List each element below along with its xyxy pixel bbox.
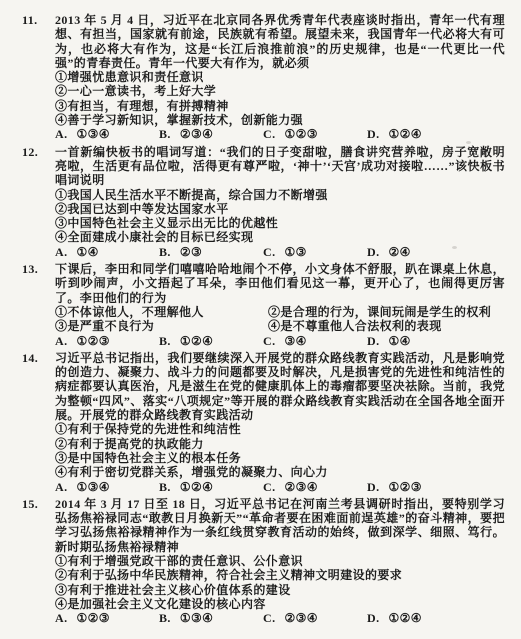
- choice-value: ①④: [76, 245, 98, 259]
- choice-d: D.①②④: [367, 127, 471, 141]
- question-stem: 一首新编快板书的唱词写道：“我们的日子变甜啦，膳食讲究营养啦，房子宽敞明亮啦，生…: [55, 145, 505, 188]
- choice-value: ②④: [388, 245, 410, 259]
- choice-label: D.: [367, 245, 379, 259]
- choice-label: B.: [159, 334, 171, 348]
- choice-value: ①②③: [388, 480, 421, 494]
- choice-label: C.: [263, 127, 275, 141]
- question-15: 15. 2014 年 3 月 17 日至 18 日，习近平总书记在河南兰考县调研…: [22, 497, 505, 626]
- question-13: 13. 下课后，李田和同学们嘻嘻哈哈地闹个不停，小文身体不舒服，趴在课桌上休息，…: [22, 262, 505, 348]
- option-item: ①有利于增强党政干部的责任意识、公仆意识: [55, 554, 505, 568]
- choice-value: ③④: [284, 334, 306, 348]
- option-list: ①不体谅他人，不理解他人 ②是合理的行为，课间玩闹是学生的权利 ③是严重不良行为…: [55, 305, 505, 334]
- choice-b: B.②③④: [159, 127, 263, 141]
- choice-label: C.: [263, 334, 275, 348]
- option-item: ④是不尊重他人合法权利的表现: [268, 319, 505, 333]
- option-list: ①增强忧患意识和责任意识 ②一心一意读书，考上好大学 ③有担当，有理想，有拼搏精…: [55, 70, 505, 127]
- question-12: 12. 一首新编快板书的唱词写道：“我们的日子变甜啦，膳食讲究营养啦，房子宽敞明…: [22, 145, 505, 259]
- choice-label: C.: [263, 245, 275, 259]
- option-item: ②是合理的行为，课间玩闹是学生的权利: [268, 305, 505, 319]
- option-item: ③中国特色社会主义显示出无比的优越性: [55, 216, 505, 230]
- choice-label: D.: [367, 334, 379, 348]
- question-number: 12.: [22, 145, 55, 259]
- choice-a: A.①④: [55, 245, 159, 259]
- scan-artifact: [466, 141, 471, 144]
- option-item: ③是严重不良行为: [55, 319, 268, 333]
- question-number: 15.: [22, 497, 55, 626]
- question-number: 11.: [22, 13, 55, 142]
- choice-label: B.: [159, 611, 171, 625]
- choice-label: B.: [159, 245, 171, 259]
- choice-d: D.①②③: [367, 480, 471, 494]
- choice-value: ①②③: [76, 611, 109, 625]
- question-stem: 习近平总书记指出，我们要继续深入开展党的群众路线教育实践活动，凡是影响党的创造力…: [55, 351, 505, 422]
- choice-value: ①②④: [180, 334, 213, 348]
- question-14: 14. 习近平总书记指出，我们要继续深入开展党的群众路线教育实践活动，凡是影响党…: [22, 351, 505, 494]
- option-item: ①有利于保持党的先进性和纯洁性: [55, 422, 505, 436]
- answer-choices: A.①②③ B.①②④ C.③④ D.①④: [55, 334, 505, 348]
- option-item: ②一心一意读书，考上好大学: [55, 84, 505, 98]
- question-11: 11. 2013 年 5 月 4 日，习近平在北京同各界优秀青年代表座谈时指出，…: [22, 13, 505, 142]
- question-stem: 2013 年 5 月 4 日，习近平在北京同各界优秀青年代表座谈时指出，青年一代…: [55, 13, 505, 70]
- choice-value: ①③④: [76, 480, 109, 494]
- choice-label: C.: [263, 480, 275, 494]
- option-item: ①不体谅他人，不理解他人: [55, 305, 268, 319]
- choice-c: C.②③④: [263, 611, 367, 625]
- choice-label: D.: [367, 611, 379, 625]
- choice-b: B.①②④: [159, 334, 263, 348]
- option-item: ③是中国特色社会主义的根本任务: [55, 451, 505, 465]
- choice-value: ①③: [284, 245, 306, 259]
- option-list: ①有利于增强党政干部的责任意识、公仆意识 ②有利于弘扬中华民族精神，符合社会主义…: [55, 554, 505, 611]
- choice-b: B.①②④: [159, 480, 263, 494]
- option-item: ④是加强社会主义文化建设的核心内容: [55, 597, 505, 611]
- option-item: ②我国已达到中等发达国家水平: [55, 202, 505, 216]
- option-list: ①有利于保持党的先进性和纯洁性 ②有利于提高党的执政能力 ③是中国特色社会主义的…: [55, 422, 505, 479]
- option-item: ④善于学习新知识，掌握新技术，创新能力强: [55, 113, 505, 127]
- choice-label: B.: [159, 127, 171, 141]
- option-item: ①增强忧患意识和责任意识: [55, 70, 505, 84]
- choice-value: ①②④: [180, 480, 213, 494]
- choice-label: A.: [55, 245, 67, 259]
- choice-value: ①④: [388, 334, 410, 348]
- answer-choices: A.①③④ B.②③④ C.①②③ D.①②④: [55, 127, 505, 141]
- choice-value: ①③④: [180, 611, 213, 625]
- choice-label: A.: [55, 127, 67, 141]
- question-number: 14.: [22, 351, 55, 494]
- choice-a: A.①③④: [55, 127, 159, 141]
- answer-choices: A.①②③ B.①③④ C.②③④ D.①②④: [55, 611, 505, 625]
- option-item: ①我国人民生活水平不断提高，综合国力不断增强: [55, 188, 505, 202]
- choice-a: A.①③④: [55, 480, 159, 494]
- choice-value: ①②④: [388, 611, 421, 625]
- choice-a: A.①②③: [55, 611, 159, 625]
- scan-artifact: [381, 31, 385, 34]
- option-item: ③有利于推进社会主义核心价值体系的建设: [55, 583, 505, 597]
- choice-label: A.: [55, 480, 67, 494]
- choice-value: ①②③: [284, 127, 317, 141]
- option-item: ④有利于密切党群关系，增强党的凝聚力、向心力: [55, 465, 505, 479]
- choice-c: C.①②③: [263, 127, 367, 141]
- choice-d: D.①④: [367, 334, 471, 348]
- choice-value: ①②③: [76, 334, 109, 348]
- choice-c: C.①③: [263, 245, 367, 259]
- answer-choices: A.①③④ B.①②④ C.②③④ D.①②③: [55, 480, 505, 494]
- question-number: 13.: [22, 262, 55, 348]
- choice-value: ②③: [180, 245, 202, 259]
- option-list: ①我国人民生活水平不断提高，综合国力不断增强 ②我国已达到中等发达国家水平 ③中…: [55, 188, 505, 245]
- choice-label: A.: [55, 334, 67, 348]
- question-stem: 2014 年 3 月 17 日至 18 日，习近平总书记在河南兰考县调研时指出，…: [55, 497, 505, 554]
- scan-artifact: [452, 246, 457, 249]
- choice-d: D.①②④: [367, 611, 471, 625]
- choice-label: A.: [55, 611, 67, 625]
- choice-a: A.①②③: [55, 334, 159, 348]
- question-stem: 下课后，李田和同学们嘻嘻哈哈地闹个不停，小文身体不舒服，趴在课桌上休息，听到吵闹…: [55, 262, 505, 305]
- choice-b: B.①③④: [159, 611, 263, 625]
- choice-label: B.: [159, 480, 171, 494]
- answer-choices: A.①④ B.②③ C.①③ D.②④: [55, 245, 505, 259]
- choice-c: C.③④: [263, 334, 367, 348]
- exam-page: 11. 2013 年 5 月 4 日，习近平在北京同各界优秀青年代表座谈时指出，…: [0, 0, 521, 625]
- choice-label: D.: [367, 480, 379, 494]
- choice-value: ②③④: [284, 611, 317, 625]
- choice-value: ②③④: [284, 480, 317, 494]
- choice-b: B.②③: [159, 245, 263, 259]
- choice-c: C.②③④: [263, 480, 367, 494]
- option-item: ②有利于弘扬中华民族精神，符合社会主义精神文明建设的要求: [55, 568, 505, 582]
- choice-value: ①③④: [76, 127, 109, 141]
- option-item: ③有担当，有理想，有拼搏精神: [55, 99, 505, 113]
- option-item: ④全面建成小康社会的目标已经实现: [55, 230, 505, 244]
- choice-value: ①②④: [388, 127, 421, 141]
- option-item: ②有利于提高党的执政能力: [55, 437, 505, 451]
- choice-label: D.: [367, 127, 379, 141]
- choice-label: C.: [263, 611, 275, 625]
- choice-value: ②③④: [180, 127, 213, 141]
